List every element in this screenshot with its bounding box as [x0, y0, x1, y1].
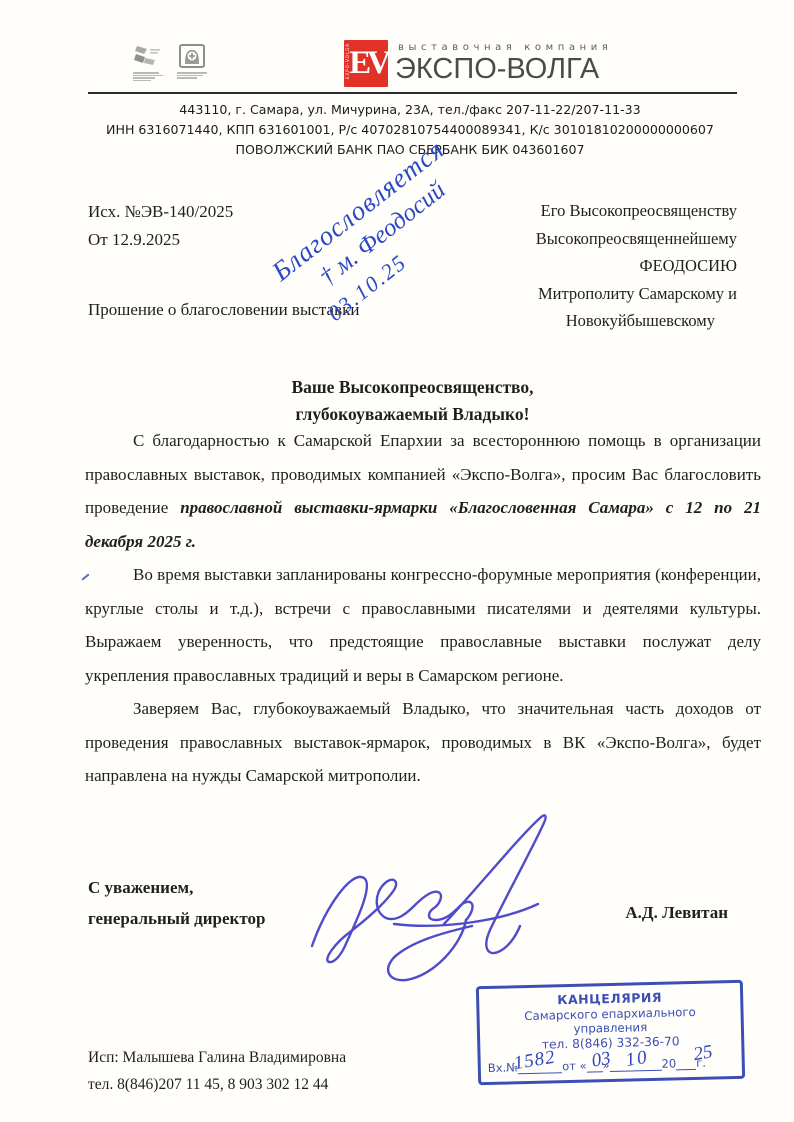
recipient-block: Его Высокопреосвященству Высокопреосвяще… — [437, 197, 737, 335]
reference-block: Исх. №ЭВ-140/2025 От 12.9.2025 — [88, 198, 233, 254]
company-logo-vertical-text: EXPO-VOLGA — [345, 43, 350, 79]
company-contacts: 443110, г. Самара, ул. Мичурина, 23А, те… — [70, 100, 750, 160]
letterhead-divider — [88, 92, 737, 94]
partner-logo-1-icon — [133, 44, 163, 81]
chancellery-stamp: КАНЦЕЛЯРИЯ Самарского епархиального упра… — [476, 980, 745, 1085]
partner-logo-1-caption — [133, 72, 163, 81]
recipient-line: Митрополиту Самарскому и — [437, 280, 737, 308]
letter-body: С благодарностью к Самарской Епархии за … — [85, 424, 761, 793]
director-signature — [292, 806, 562, 1001]
company-requisites: ИНН 6316071440, КПП 631601001, Р/с 40702… — [70, 120, 750, 140]
executor-phone: тел. 8(846)207 11 45, 8 903 302 12 44 — [88, 1071, 346, 1098]
closing-line2: генеральный директор — [88, 903, 265, 934]
company-name: ЭКСПО-ВОЛГА — [395, 54, 612, 84]
stamp-incoming-line: Вх.№от «»20г. 1582 03 10 25 — [488, 1055, 735, 1075]
company-brand: EXPO-VOLGA EV выставочная компания ЭКСПО… — [344, 40, 612, 87]
paragraph-2: Во время выставки запланированы конгресс… — [85, 558, 761, 692]
letter-subject: Прошение о благословении выставки — [88, 300, 360, 320]
paragraph-3: Заверяем Вас, глубокоуважаемый Владыко, … — [85, 692, 761, 793]
stamp-handwritten-year: 25 — [692, 1042, 714, 1064]
stamp-handwritten-month: 10 — [624, 1048, 650, 1071]
salutation-line1: Ваше Высокопреосвященство, — [88, 374, 737, 401]
recipient-line: Высокопреосвященнейшему — [437, 225, 737, 253]
stamp-from-label: от « — [562, 1059, 587, 1074]
paragraph-1-emphasis: православной выставки-ярмарки «Благослов… — [85, 498, 761, 551]
stamp-blank-year — [676, 1057, 696, 1070]
executor-block: Исп: Малышева Галина Владимировна тел. 8… — [88, 1044, 346, 1098]
partner-logo-2-icon — [177, 44, 207, 79]
executor-name: Исп: Малышева Галина Владимировна — [88, 1044, 346, 1071]
closing-line1: С уважением, — [88, 872, 265, 903]
recipient-line: Его Высокопреосвященству — [437, 197, 737, 225]
letter-date: От 12.9.2025 — [88, 226, 233, 254]
recipient-line: Новокуйбышевскому — [437, 307, 737, 335]
company-tagline: выставочная компания — [398, 42, 612, 53]
partner-logos — [133, 44, 207, 81]
salutation: Ваше Высокопреосвященство, глубокоуважае… — [88, 374, 737, 428]
recipient-name: ФЕОДОСИЮ — [437, 252, 737, 280]
company-logo-monogram: EV — [349, 47, 387, 80]
letter-page: EXPO-VOLGA EV выставочная компания ЭКСПО… — [0, 0, 794, 1122]
company-logo-icon: EXPO-VOLGA EV — [344, 40, 388, 87]
outgoing-number: Исх. №ЭВ-140/2025 — [88, 198, 233, 226]
company-bank: ПОВОЛЖСКИЙ БАНК ПАО СБЕРБАНК БИК 0436016… — [70, 140, 750, 160]
stamp-year-prefix: 20 — [661, 1056, 676, 1070]
paragraph-1: С благодарностью к Самарской Епархии за … — [85, 424, 761, 558]
signer-name: А.Д. Левитан — [625, 903, 728, 923]
stamp-handwritten-day: 03 — [590, 1049, 612, 1071]
partner-logo-2-caption — [177, 72, 207, 79]
company-address: 443110, г. Самара, ул. Мичурина, 23А, те… — [70, 100, 750, 120]
closing-block: С уважением, генеральный директор — [88, 872, 265, 934]
